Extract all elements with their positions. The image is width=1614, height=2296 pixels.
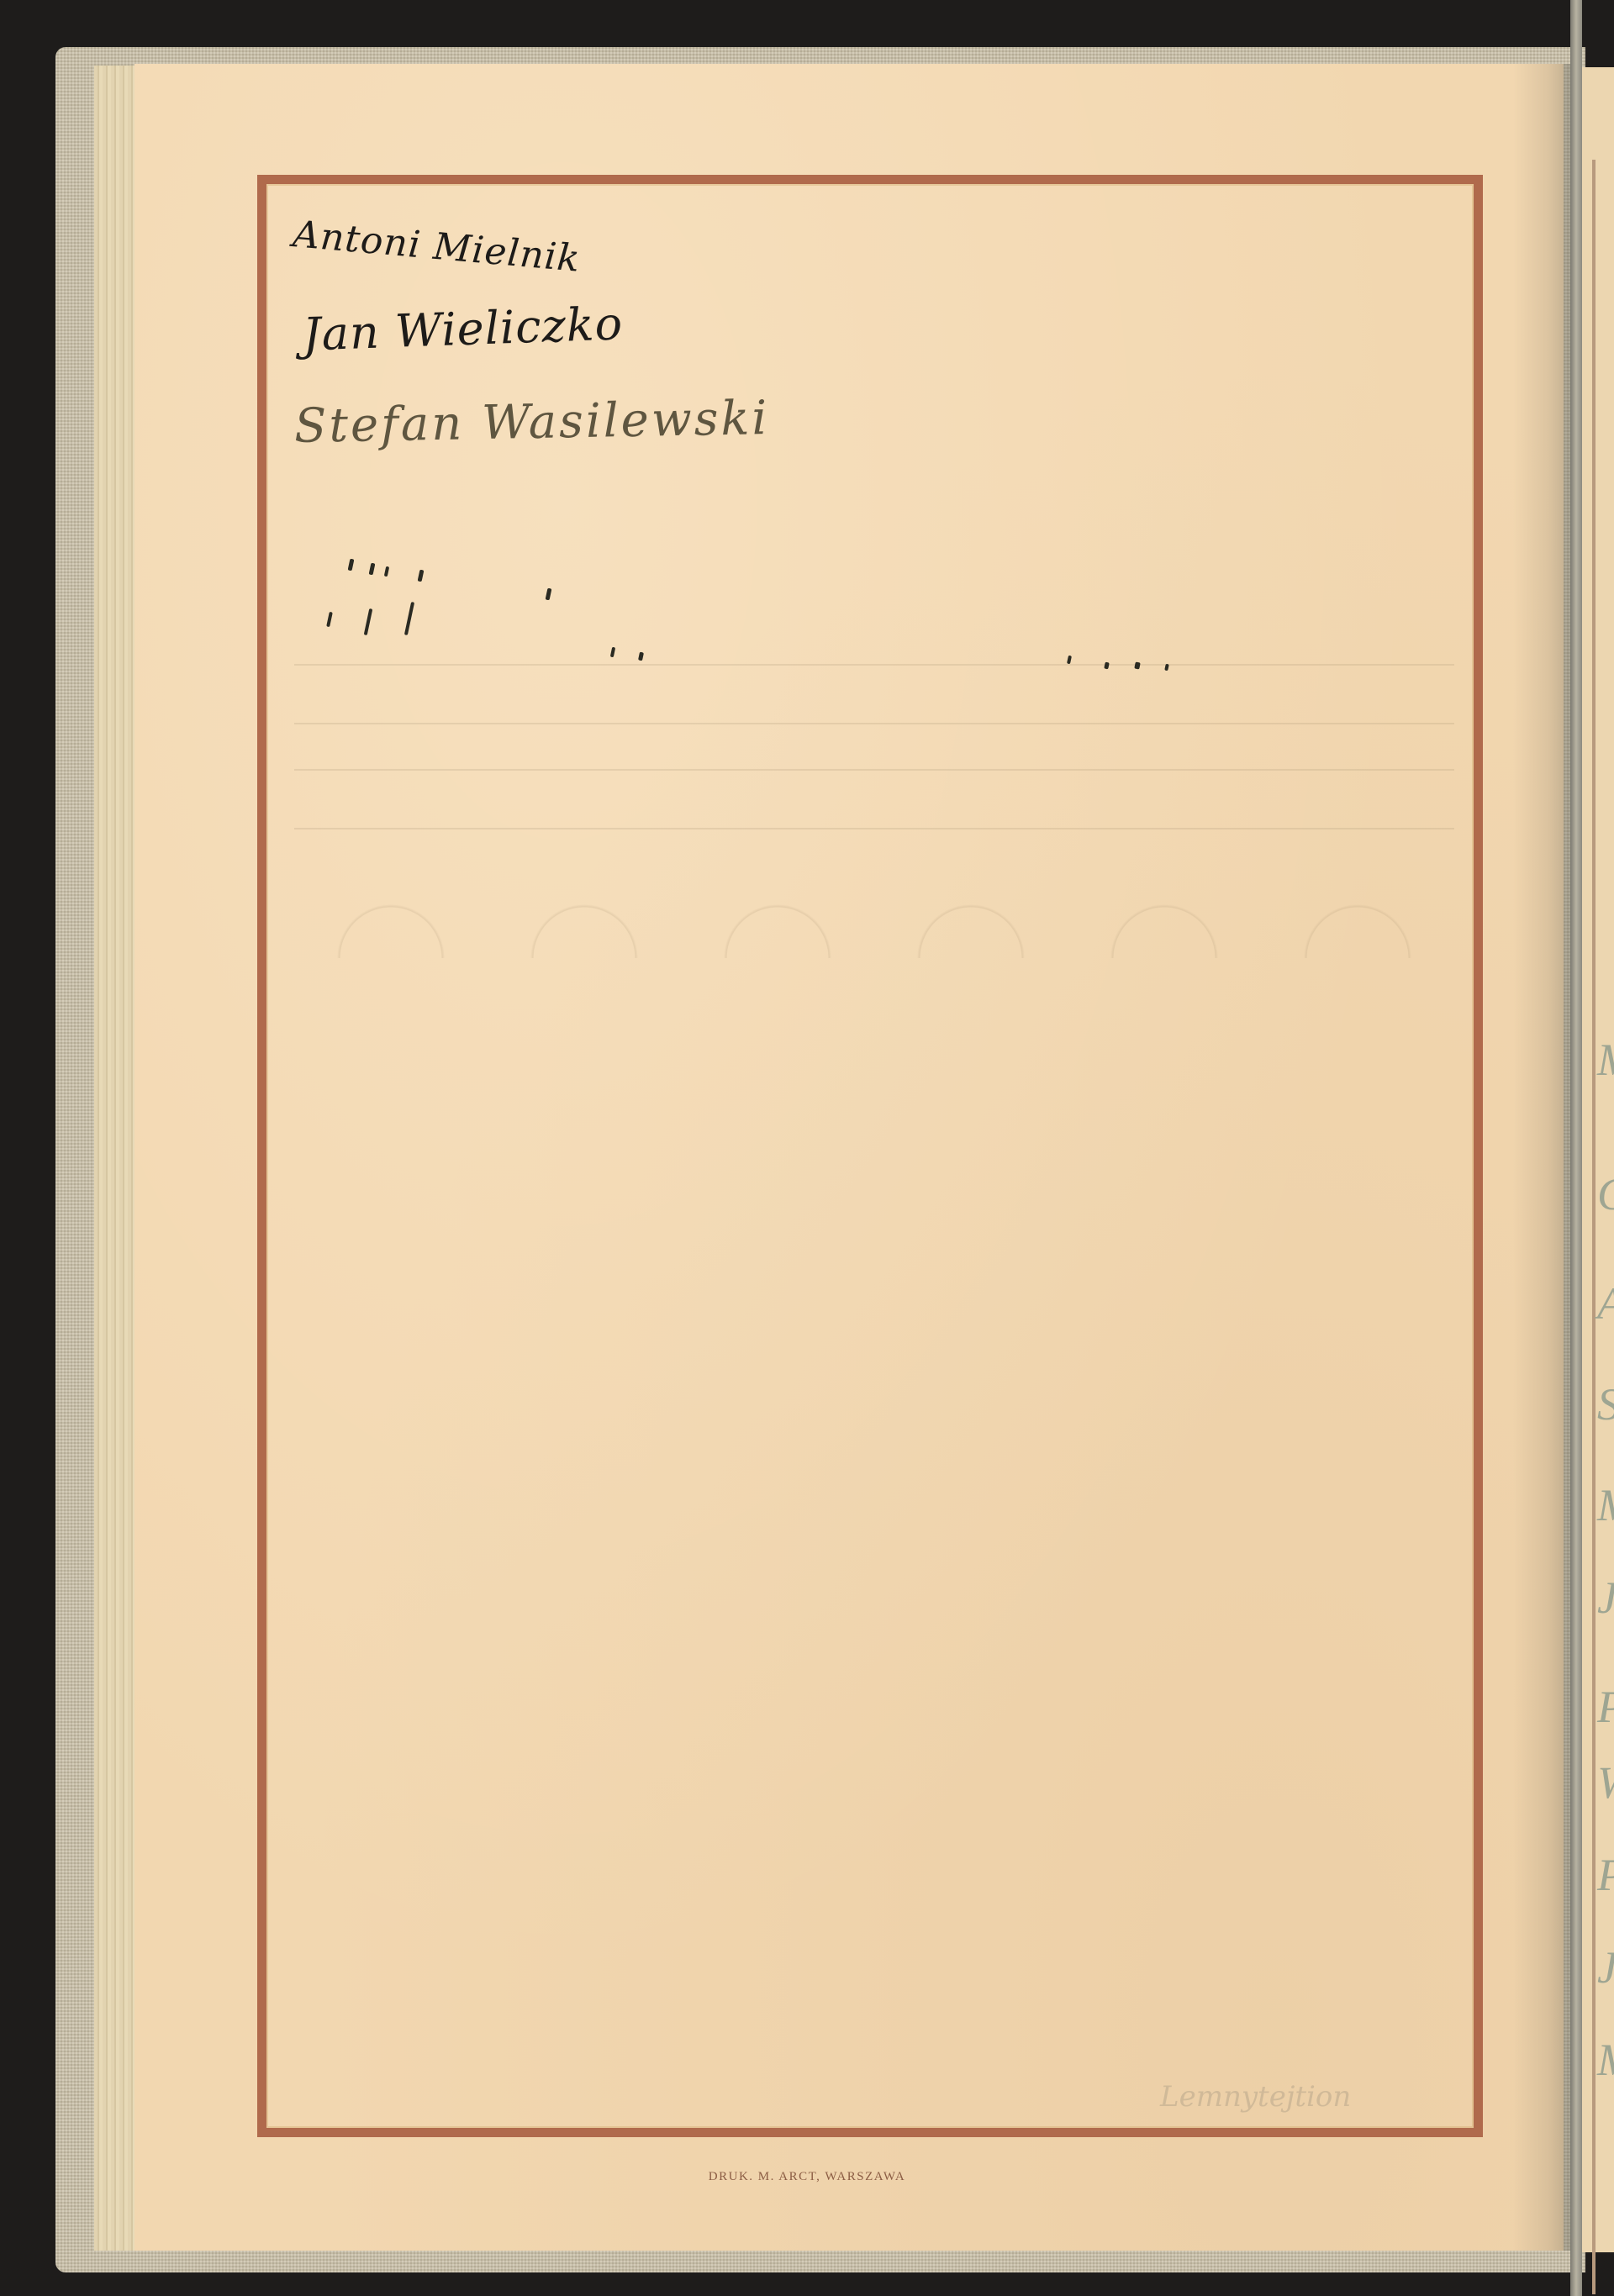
adjacent-page: Ma G Ak Sta Ma Je Pa Wi Pie Jó Mi xyxy=(1582,67,1614,2252)
adjacent-text: Ak xyxy=(1597,1277,1614,1330)
signature-jan-wieliczko: Jan Wieliczko xyxy=(302,297,624,361)
adjacent-text: Jó xyxy=(1597,1941,1614,1993)
gutter-shadow xyxy=(1513,64,1572,2251)
book-spine xyxy=(1570,0,1582,2296)
adjacent-text: Pie xyxy=(1597,1849,1614,1901)
signature-stefan-wasilewski: Stefan Wasilewski xyxy=(293,391,769,454)
printer-imprint: DRUK. M. ARCT, WARSZAWA xyxy=(0,2170,1614,2184)
adjacent-text: Wi xyxy=(1597,1756,1614,1809)
adjacent-text: Ma xyxy=(1597,1479,1614,1531)
adjacent-text: Ma xyxy=(1597,1034,1614,1086)
faint-handwritten-note: Lemnytejtion xyxy=(1160,2080,1351,2114)
adjacent-text: G xyxy=(1597,1168,1614,1220)
decorative-border xyxy=(257,175,1483,2137)
adjacent-text: Pa xyxy=(1597,1681,1614,1733)
adjacent-text: Je xyxy=(1597,1572,1614,1624)
adjacent-text: Mi xyxy=(1597,2034,1614,2086)
adjacent-text: Sta xyxy=(1597,1378,1614,1430)
